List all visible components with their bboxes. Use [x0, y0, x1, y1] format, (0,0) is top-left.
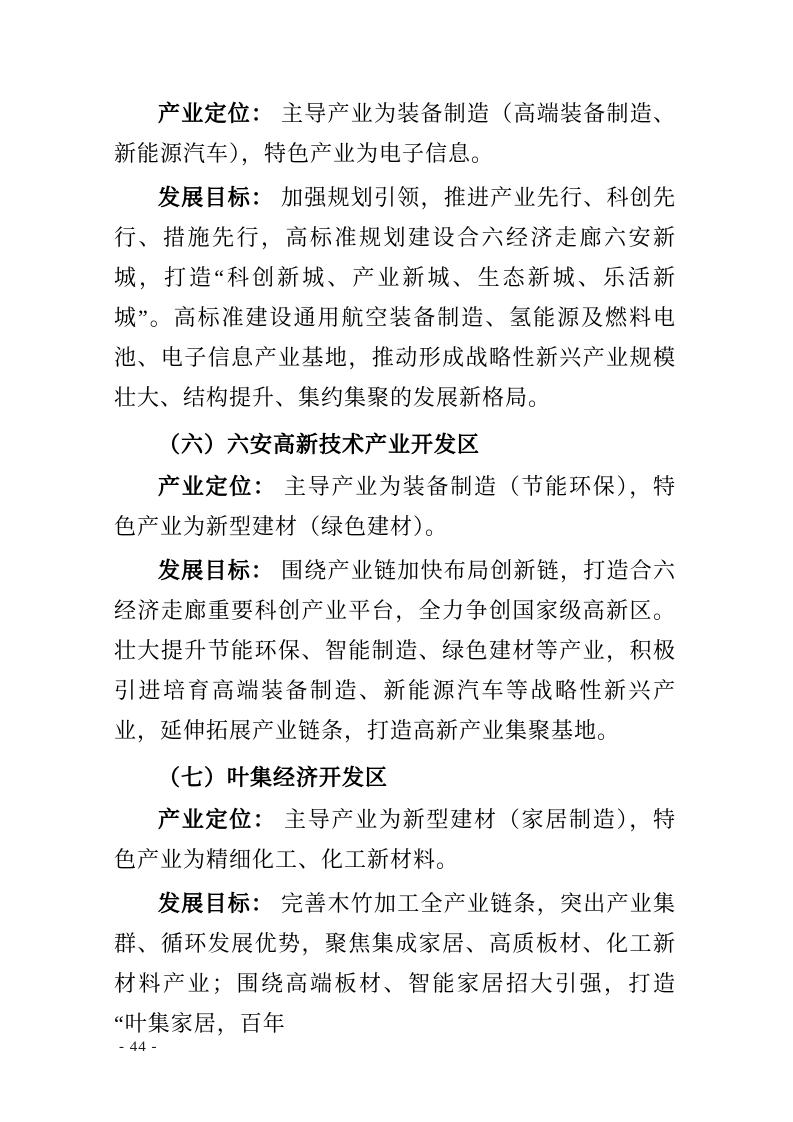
- paragraph-label: 发展目标：: [158, 185, 281, 210]
- paragraph-label: 发展目标：: [158, 558, 281, 583]
- paragraph-label: 发展目标：: [158, 891, 281, 916]
- paragraph-development-goal-3: 发展目标：完善木竹加工全产业链条，突出产业集群、循环发展优势，聚焦集成家居、高质…: [114, 884, 676, 1044]
- paragraph-text: 加强规划引领，推进产业先行、科创先行、措施先行，高标准规划建设合六经济走廊六安新…: [114, 185, 676, 410]
- paragraph-text: 围绕产业链加快布局创新链，打造合六经济走廊重要科创产业平台，全力争创国家级高新区…: [114, 558, 676, 743]
- document-page: 产业定位：主导产业为装备制造（高端装备制造、新能源汽车），特色产业为电子信息。 …: [0, 0, 793, 1122]
- paragraph-development-goal-1: 发展目标：加强规划引领，推进产业先行、科创先行、措施先行，高标准规划建设合六经济…: [114, 178, 676, 418]
- page-number: - 44 -: [119, 1037, 158, 1057]
- section-heading-six: （六）六安高新技术产业开发区: [114, 425, 676, 465]
- paragraph-industry-positioning-1: 产业定位：主导产业为装备制造（高端装备制造、新能源汽车），特色产业为电子信息。: [114, 94, 676, 174]
- paragraph-development-goal-2: 发展目标：围绕产业链加快布局创新链，打造合六经济走廊重要科创产业平台，全力争创国…: [114, 551, 676, 751]
- paragraph-label: 产业定位：: [158, 101, 281, 126]
- section-heading-seven: （七）叶集经济开发区: [114, 758, 676, 798]
- paragraph-label: 产业定位：: [158, 474, 284, 499]
- paragraph-label: 产业定位：: [158, 807, 284, 832]
- document-body: 产业定位：主导产业为装备制造（高端装备制造、新能源汽车），特色产业为电子信息。 …: [114, 94, 676, 1044]
- paragraph-industry-positioning-2: 产业定位：主导产业为装备制造（节能环保），特色产业为新型建材（绿色建材）。: [114, 467, 676, 547]
- paragraph-industry-positioning-3: 产业定位：主导产业为新型建材（家居制造），特色产业为精细化工、化工新材料。: [114, 800, 676, 880]
